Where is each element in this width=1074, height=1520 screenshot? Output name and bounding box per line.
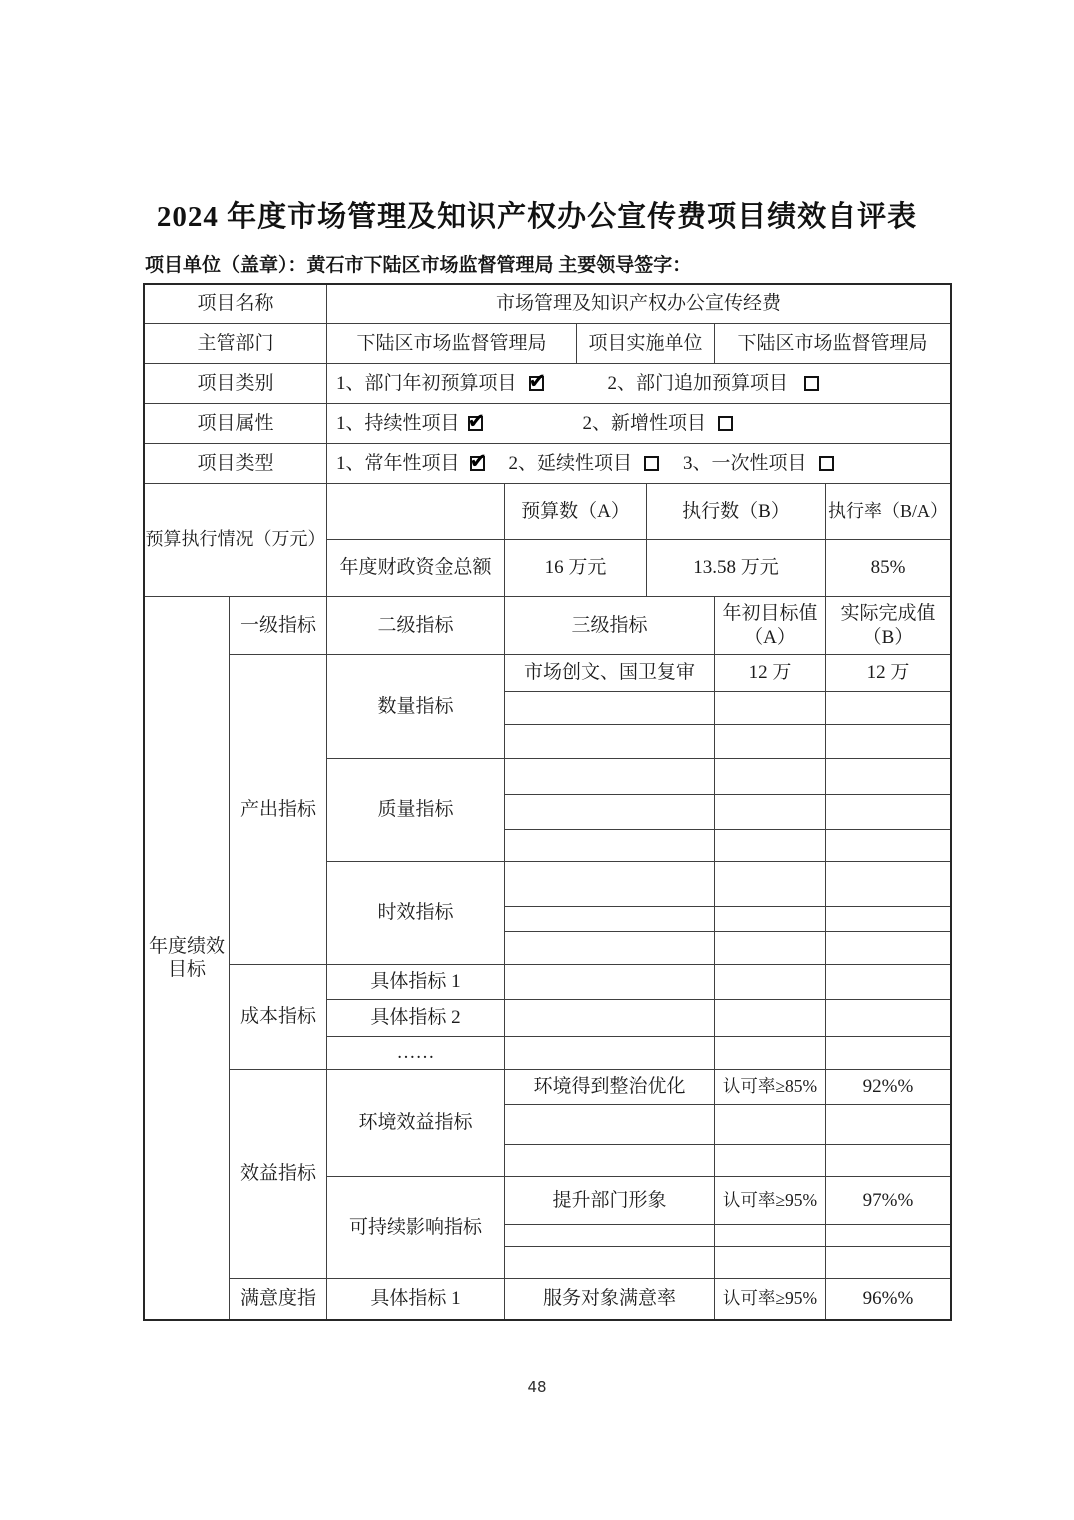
page-title: 2024 年度市场管理及知识产权办公宣传费项目绩效自评表 <box>0 194 1074 235</box>
project-name-value: 市场管理及知识产权办公宣传经费 <box>327 285 950 324</box>
level1-indicator-header: 一级指标 <box>230 597 327 655</box>
empty-cell <box>505 1037 715 1070</box>
document-page: { "page": { "title": "2024 年度市场管理及知识产权办公… <box>0 0 1074 1520</box>
project-type-label: 项目类型 <box>145 444 327 484</box>
sustainability-actual-value: 97%% <box>826 1177 950 1225</box>
annual-fiscal-funds-label: 年度财政资金总额 <box>327 540 505 597</box>
checkbox-icon <box>468 416 483 431</box>
option-text: 2、延续性项目 <box>509 452 633 475</box>
budget-col-header: 预算数（A） <box>505 484 647 540</box>
supervising-dept-label: 主管部门 <box>145 324 327 364</box>
checkbox-icon <box>470 456 485 471</box>
empty-cell <box>826 692 950 725</box>
empty-cell <box>715 795 826 830</box>
option-text: 2、部门追加预算项目 <box>608 372 789 395</box>
checkbox-icon <box>644 456 659 471</box>
quality-indicator-label: 质量指标 <box>327 759 505 862</box>
empty-cell <box>715 1000 826 1037</box>
quantity-indicator-name: 市场创文、国卫复审 <box>505 655 715 692</box>
supervising-dept-value: 下陆区市场监督管理局 <box>327 324 577 364</box>
satisfaction-indicator-label: 满意度指 <box>230 1279 327 1319</box>
empty-cell <box>826 1105 950 1145</box>
empty-cell <box>505 830 715 862</box>
empty-cell <box>826 862 950 907</box>
empty-cell <box>505 1145 715 1177</box>
satisfaction-indicator-name: 服务对象满意率 <box>505 1279 715 1319</box>
empty-cell <box>505 932 715 965</box>
empty-cell <box>505 692 715 725</box>
empty-cell <box>505 1247 715 1279</box>
annual-performance-goal-label: 年度绩效目标 <box>145 597 230 1319</box>
empty-cell <box>826 830 950 862</box>
checkbox-icon <box>819 456 834 471</box>
timeliness-indicator-label: 时效指标 <box>327 862 505 965</box>
empty-cell <box>826 1225 950 1247</box>
empty-cell <box>505 907 715 932</box>
project-name-label: 项目名称 <box>145 285 327 324</box>
option-text: 1、常年性项目 <box>336 452 460 475</box>
checkbox-icon <box>804 376 819 391</box>
project-type-options: 1、常年性项目 2、延续性项目 3、一次性项目 <box>327 444 950 484</box>
project-attribute-options: 1、持续性项目 2、新增性项目 <box>327 404 950 444</box>
empty-cell <box>826 725 950 759</box>
quantity-indicator-label: 数量指标 <box>327 655 505 759</box>
cost-indicator-label: 成本指标 <box>230 965 327 1070</box>
option-text: 1、部门年初预算项目 <box>336 372 517 395</box>
empty-cell <box>505 795 715 830</box>
page-number: 48 <box>0 1378 1074 1396</box>
environment-benefit-label: 环境效益指标 <box>327 1070 505 1177</box>
cost-item-ellipsis: …… <box>327 1037 505 1070</box>
empty-cell <box>826 795 950 830</box>
cost-item-2: 具体指标 2 <box>327 1000 505 1037</box>
execution-rate-value: 85% <box>826 540 950 597</box>
cost-item-1: 具体指标 1 <box>327 965 505 1000</box>
target-value-header: 年初目标值（A） <box>715 597 826 655</box>
rate-col-header: 执行率（B/A） <box>826 484 950 540</box>
actual-value-header: 实际完成值（B） <box>826 597 950 655</box>
self-evaluation-table: 项目名称 市场管理及知识产权办公宣传经费 主管部门 下陆区市场监督管理局 项目实… <box>143 283 952 1321</box>
option-text: 2、新增性项目 <box>583 412 707 435</box>
empty-cell <box>715 725 826 759</box>
execution-amount-value: 13.58 万元 <box>647 540 826 597</box>
option-text: 1、持续性项目 <box>336 412 460 435</box>
budget-section-label: 预算执行情况（万元） <box>145 484 327 597</box>
empty-cell <box>505 759 715 795</box>
quantity-target-value: 12 万 <box>715 655 826 692</box>
empty-cell <box>715 830 826 862</box>
empty-cell <box>505 1105 715 1145</box>
sustainability-indicator-name: 提升部门形象 <box>505 1177 715 1225</box>
checkbox-icon <box>529 376 544 391</box>
empty-cell <box>826 1145 950 1177</box>
sustainability-target-value: 认可率≥95% <box>715 1177 826 1225</box>
empty-cell <box>715 1225 826 1247</box>
checkbox-icon <box>718 416 733 431</box>
empty-cell <box>505 1225 715 1247</box>
execution-col-header: 执行数（B） <box>647 484 826 540</box>
environment-indicator-name: 环境得到整治优化 <box>505 1070 715 1105</box>
empty-cell <box>715 1145 826 1177</box>
empty-cell <box>715 907 826 932</box>
empty-cell <box>715 965 826 1000</box>
empty-cell <box>715 1105 826 1145</box>
empty-cell <box>327 484 505 540</box>
empty-cell <box>826 1037 950 1070</box>
empty-cell <box>715 932 826 965</box>
empty-cell <box>505 862 715 907</box>
implementing-unit-label: 项目实施单位 <box>577 324 715 364</box>
project-category-options: 1、部门年初预算项目 2、部门追加预算项目 <box>327 364 950 404</box>
option-text: 3、一次性项目 <box>683 452 807 475</box>
empty-cell <box>505 1000 715 1037</box>
satisfaction-actual-value: 96%% <box>826 1279 950 1319</box>
empty-cell <box>715 759 826 795</box>
empty-cell <box>826 1247 950 1279</box>
implementing-unit-value: 下陆区市场监督管理局 <box>715 324 950 364</box>
unit-signature-line: 项目单位（盖章）：黄石市下陆区市场监督管理局 主要领导签字： <box>145 250 691 277</box>
empty-cell <box>826 965 950 1000</box>
satisfaction-target-value: 认可率≥95% <box>715 1279 826 1319</box>
level3-indicator-header: 三级指标 <box>505 597 715 655</box>
empty-cell <box>715 692 826 725</box>
empty-cell <box>826 1000 950 1037</box>
empty-cell <box>826 932 950 965</box>
empty-cell <box>715 1247 826 1279</box>
empty-cell <box>826 907 950 932</box>
satisfaction-sub-label: 具体指标 1 <box>327 1279 505 1319</box>
budget-amount-value: 16 万元 <box>505 540 647 597</box>
output-indicator-label: 产出指标 <box>230 655 327 965</box>
environment-actual-value: 92%% <box>826 1070 950 1105</box>
level2-indicator-header: 二级指标 <box>327 597 505 655</box>
project-attribute-label: 项目属性 <box>145 404 327 444</box>
benefit-indicator-label: 效益指标 <box>230 1070 327 1279</box>
quantity-actual-value: 12 万 <box>826 655 950 692</box>
empty-cell <box>505 725 715 759</box>
empty-cell <box>715 862 826 907</box>
sustainability-label: 可持续影响指标 <box>327 1177 505 1279</box>
project-category-label: 项目类别 <box>145 364 327 404</box>
empty-cell <box>715 1037 826 1070</box>
empty-cell <box>505 965 715 1000</box>
environment-target-value: 认可率≥85% <box>715 1070 826 1105</box>
empty-cell <box>826 759 950 795</box>
